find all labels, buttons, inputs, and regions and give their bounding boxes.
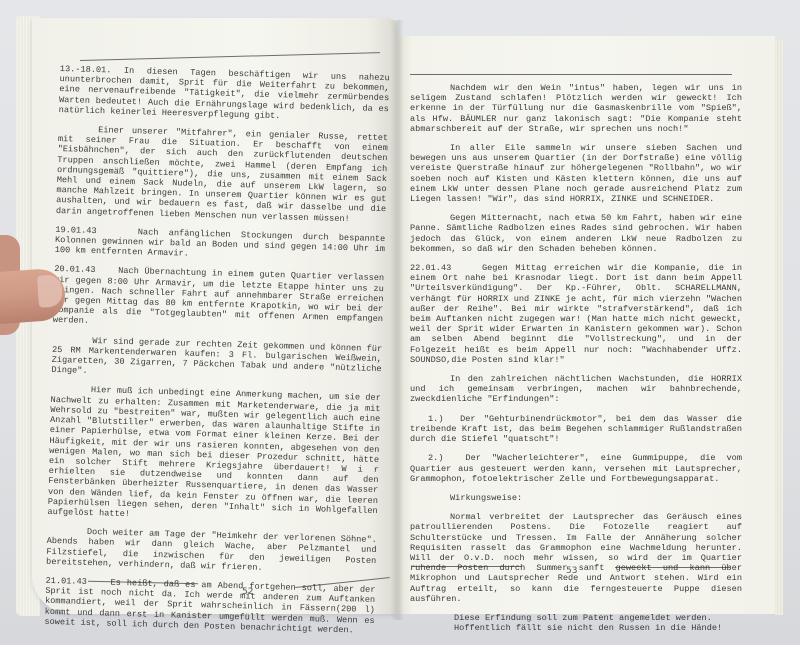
paragraph: Nachdem wir den Wein "intus" haben, lege…: [410, 83, 742, 134]
paragraph: Hier muß ich unbedingt eine Anmerkung ma…: [47, 384, 381, 526]
right-top-rule: [410, 74, 732, 75]
paragraph: 19.01.43 Nach anfänglichen Stockungen du…: [55, 225, 386, 265]
paragraph: Wirkungsweise:: [410, 493, 742, 503]
paragraph: 22.01.43 Gegen Mittag erreichen wir die …: [410, 263, 742, 365]
paragraph: Diese Erfindung soll zum Patent angemeld…: [410, 613, 742, 633]
right-page-body: Nachdem wir den Wein "intus" haben, lege…: [410, 83, 742, 642]
right-page-number: 53: [566, 566, 577, 576]
paragraph: 21.01.43 Es heißt, daß es am Abend fortg…: [44, 576, 375, 636]
paragraph: Doch weiter am Tage der "Heimkehr der ve…: [46, 526, 377, 576]
right-page-stack-edge: [775, 40, 783, 615]
left-page-body: 13.-18.01. In diesen Tagen beschäftigen …: [44, 64, 390, 645]
paragraph: Wir sind gerade zur rechten Zeit gekomme…: [51, 335, 382, 385]
paragraph: 2.) Der "Wacherleichterer", eine Gummipu…: [410, 453, 742, 484]
paragraph: In aller Eile sammeln wir unsere sieben …: [410, 143, 742, 204]
left-page-number: 52: [242, 587, 253, 597]
paragraph: 20.01.43 Nach Übernachtung in einem gute…: [53, 264, 385, 334]
paragraph: In den zahlreichen nächtlichen Wachstund…: [410, 374, 742, 405]
paragraph: 13.-18.01. In diesen Tagen beschäftigen …: [59, 64, 390, 124]
paragraph: Einer unserer "Mitfahrer", ein genialer …: [56, 124, 388, 225]
paragraph: Gegen Mitternacht, nach etwa 50 km Fahrt…: [410, 213, 742, 254]
paragraph: Normal verbreitet der Lautsprecher das G…: [410, 512, 742, 604]
paragraph: 1.) Der "Gehturbinendrückmotor", bei dem…: [410, 414, 742, 445]
